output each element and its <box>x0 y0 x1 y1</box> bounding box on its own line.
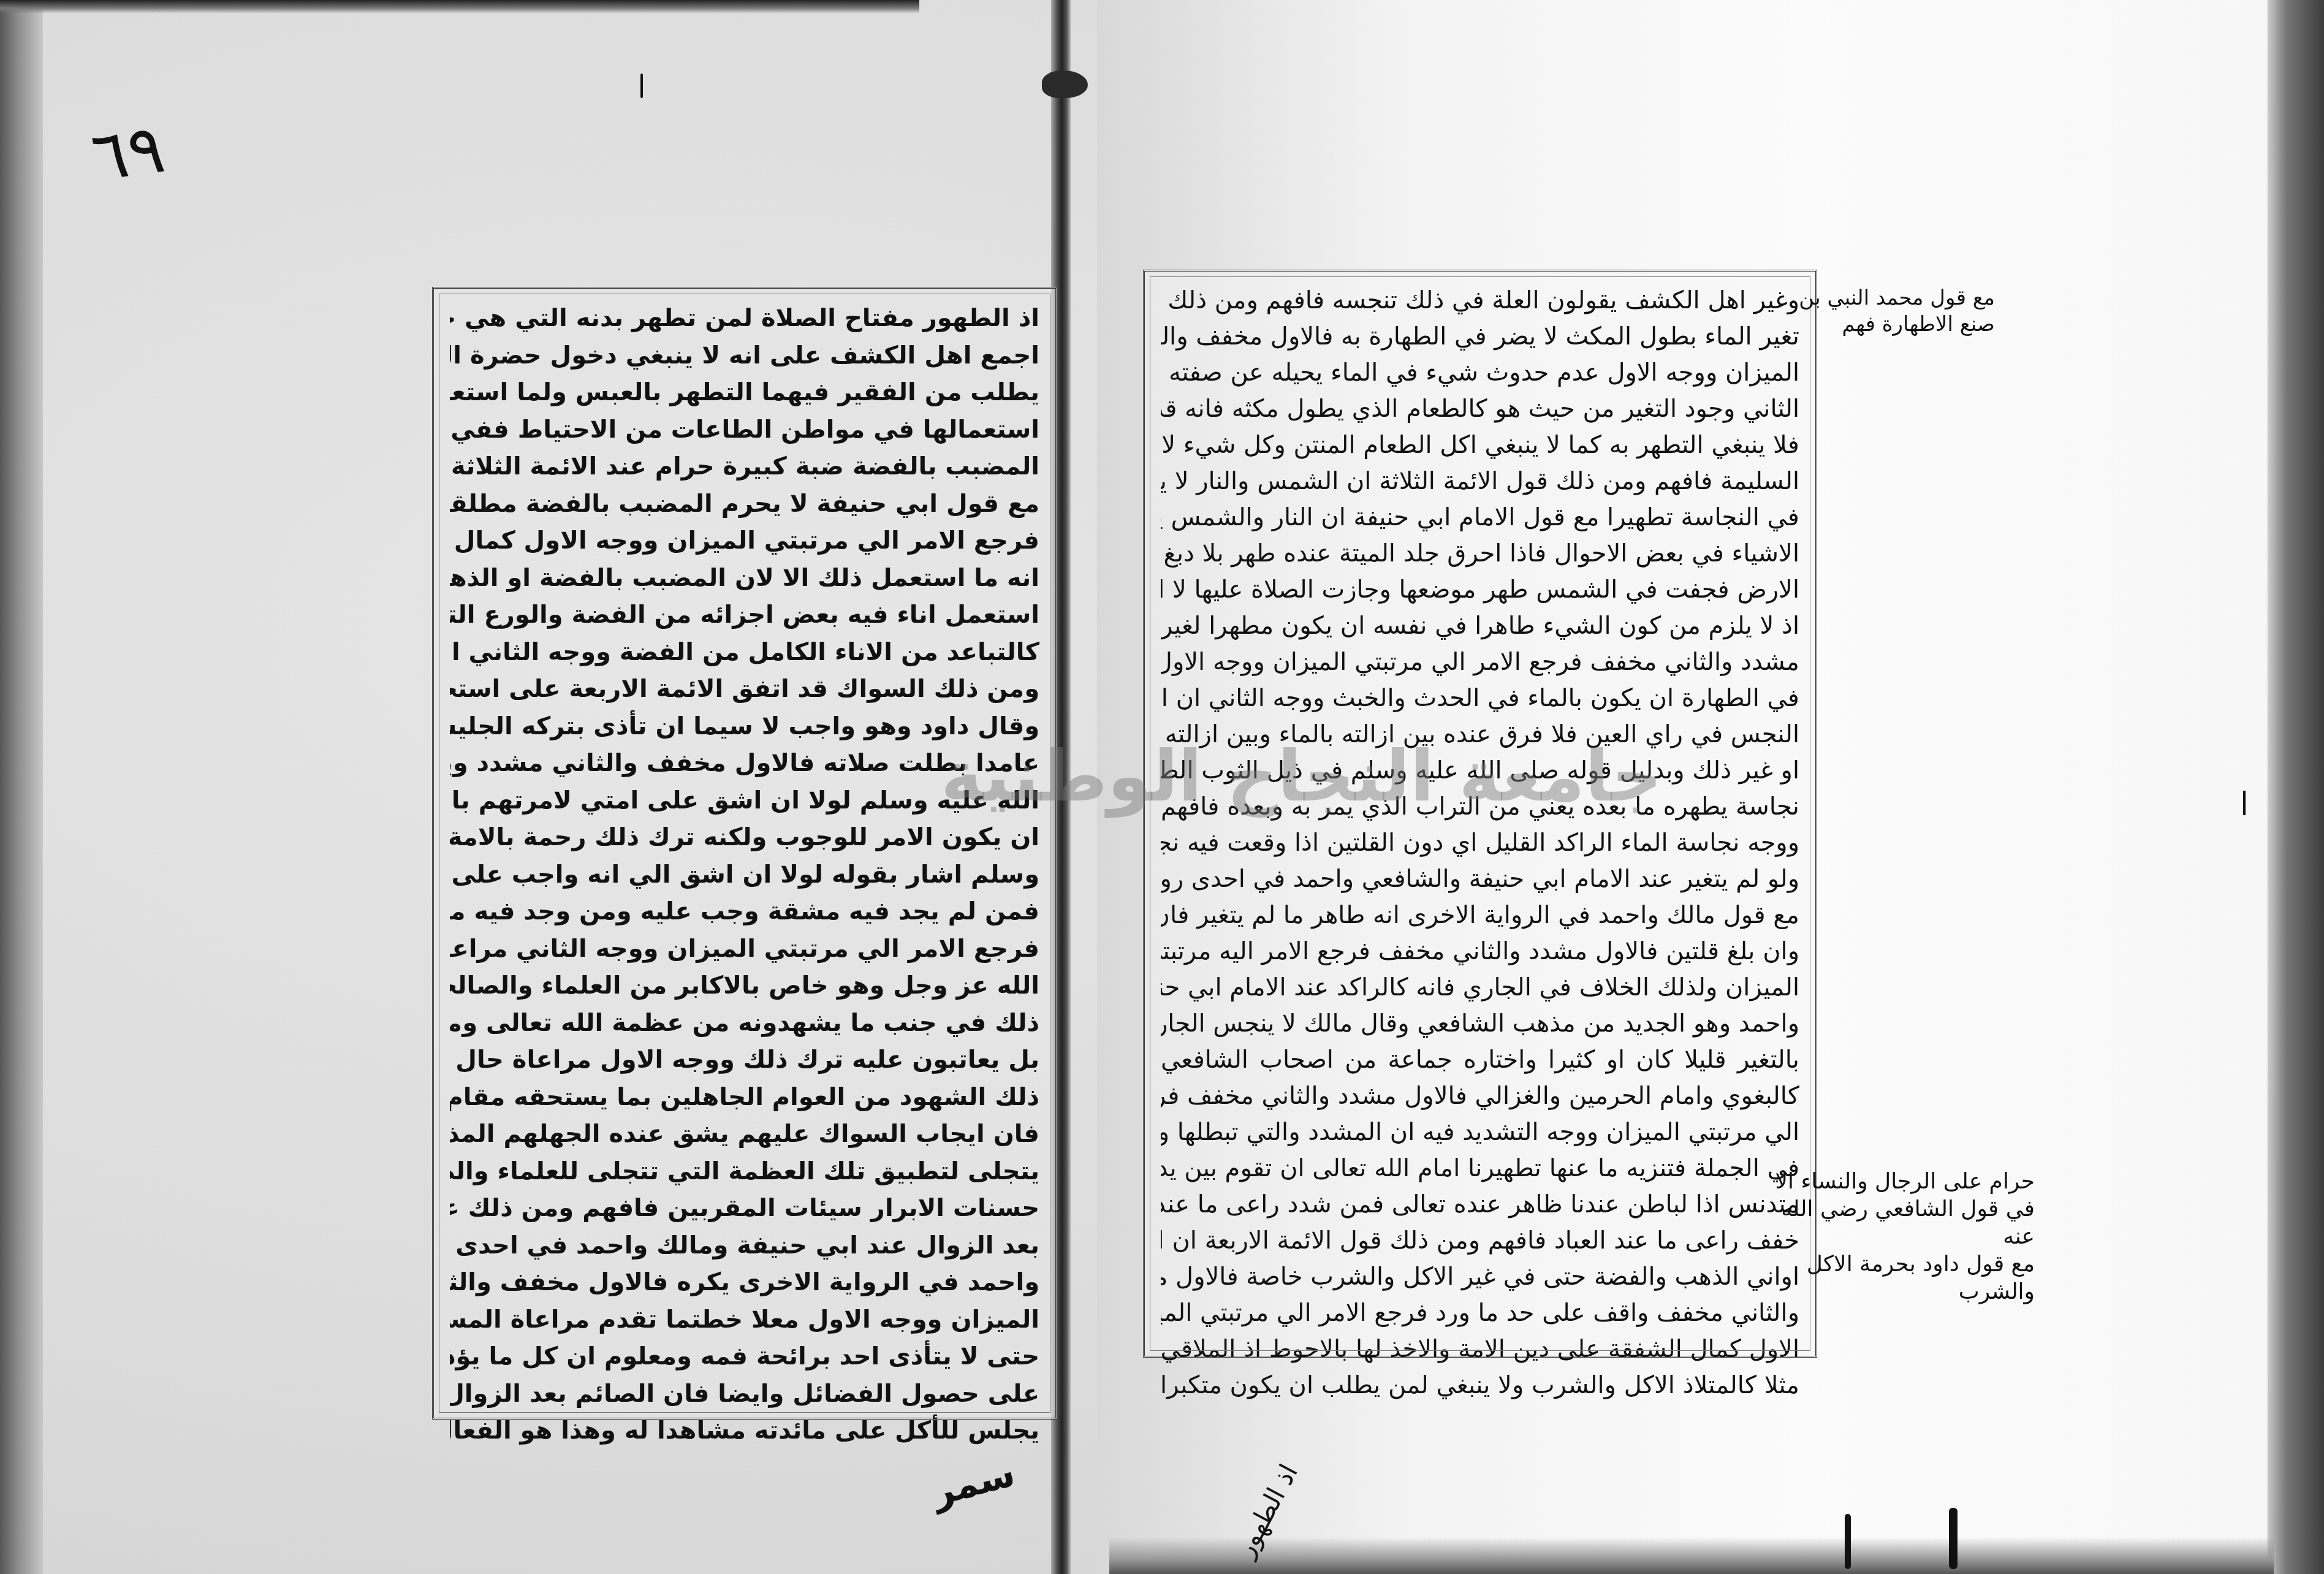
text-line: واحمد وهو الجديد من مذهب الشافعي وقال ما… <box>1161 1006 1799 1042</box>
text-line: اجمع اهل الكشف على انه لا ينبغي دخول حضر… <box>450 337 1039 374</box>
left-page-text-block: اذ الطهور مفتاح الصلاة لمن تطهر بدنه الت… <box>432 287 1057 1420</box>
text-line: الي مرتبتي الميزان ووجه التشديد فيه ان ا… <box>1161 1114 1799 1150</box>
margin-note-line: حرام على الرجال والنساء الا <box>1753 1168 2035 1195</box>
margin-note-line: صنع الاطهارة فهم <box>1793 311 1995 338</box>
text-line: في الطهارة ان يكون بالماء في الحدث والخب… <box>1161 680 1799 717</box>
text-line: الاول كمال الشفقة على دين الامة والاخذ ل… <box>1161 1331 1799 1367</box>
text-line: ولو لم يتغير عند الامام ابي حنيفة والشاف… <box>1161 861 1799 897</box>
margin-note-top: مع قول محمد النبي بن صنع الاطهارة فهم <box>1793 285 1995 337</box>
text-line: مثلا كالمتلاذ الاكل والشرب ولا ينبغي لمن… <box>1161 1367 1799 1404</box>
text-line: فان ايجاب السواك عليهم يشق عنده الجهلهم … <box>450 1116 1039 1153</box>
scan-edge-right <box>2266 0 2324 1574</box>
text-line: تغير الماء بطول المكث لا يضر في الطهارة … <box>1161 319 1799 355</box>
text-line: الميزان ووجه الاول عدم حدوث شيء في الماء… <box>1161 355 1799 391</box>
margin-note-bottom: حرام على الرجال والنساء الا في قول الشاف… <box>1753 1168 2035 1306</box>
text-line: بالتغير قليلا كان او كثيرا واختاره جماعة… <box>1161 1042 1799 1078</box>
text-line: على حصول الفضائل وايضا فان الصائم بعد ال… <box>450 1375 1039 1413</box>
text-line: فلا ينبغي التطهر به كما لا ينبغي اكل الط… <box>1161 427 1799 463</box>
text-line: مع قول ابي حنيفة لا يحرم المضبب بالفضة م… <box>450 485 1039 523</box>
text-line: حسنات الابرار سيئات المقربين فافهم ومن ذ… <box>450 1190 1039 1227</box>
text-line: استعمل اناء فيه بعض اجزائه من الفضة والو… <box>450 596 1039 634</box>
text-line: يطلب من الفقير فيهما التطهر بالعبس ولما … <box>450 374 1039 411</box>
stray-mark <box>2243 791 2246 815</box>
text-line: ذلك في جنب ما يشهدونه من عظمة الله تعالى… <box>450 1005 1039 1042</box>
ink-blot <box>1042 70 1088 98</box>
text-line: خفف راعى ما عند العباد فافهم ومن ذلك قول… <box>1161 1223 1799 1259</box>
text-line: متدنس اذا لباطن عندنا ظاهر عنده تعالى فم… <box>1161 1187 1799 1223</box>
text-line: حتى لا يتأذى احد برائحة فمه ومعلوم ان كل… <box>450 1338 1039 1375</box>
text-line: مع قول مالك واحمد في الرواية الاخرى انه … <box>1161 897 1799 933</box>
stray-mark <box>1845 1514 1851 1569</box>
margin-note-line: في قول الشافعي رضي الله عنه <box>1753 1195 2035 1250</box>
text-line: الله عز وجل وهو خاص بالاكابر من العلماء … <box>450 967 1039 1005</box>
text-line: استعمالها في مواطن الطاعات من الاحتياط ف… <box>450 411 1039 449</box>
margin-note-line: مع قول محمد النبي بن <box>1793 285 1995 311</box>
stray-mark <box>1949 1508 1958 1569</box>
text-line: والثاني مخفف واقف على حد ما ورد فرجع الا… <box>1161 1295 1799 1331</box>
text-line: في النجاسة تطهيرا مع قول الامام ابي حنيف… <box>1161 500 1799 536</box>
text-line: فرجع الامر الي مرتبتي الميزان ووجه الثان… <box>450 930 1039 968</box>
text-line: الاشياء في بعض الاحوال فاذا احرق جلد الم… <box>1161 536 1799 572</box>
text-line: اواني الذهب والفضة حتى في غير الاكل والش… <box>1161 1259 1799 1295</box>
text-line: الميزان ولذلك الخلاف في الجاري فانه كالر… <box>1161 970 1799 1006</box>
text-line: في الجملة فتنزيه ما عنها تطهيرنا امام ال… <box>1161 1150 1799 1187</box>
stray-mark <box>640 74 643 98</box>
text-line: مشدد والثاني مخفف فرجع الامر الي مرتبتي … <box>1161 644 1799 680</box>
text-line: انه ما استعمل ذلك الا لان المضبب بالفضة … <box>450 560 1039 597</box>
margin-note-line: مع قول داود بحرمة الاكل والشرب <box>1753 1250 2035 1306</box>
text-line: اذ الطهور مفتاح الصلاة لمن تطهر بدنه الت… <box>450 300 1039 337</box>
text-line: واحمد في الرواية الاخرى يكره فالاول مخفف… <box>450 1264 1039 1301</box>
text-line: كالبغوي وامام الحرمين والغزالي فالاول مش… <box>1161 1078 1799 1114</box>
text-line: يتجلى لتطبيق تلك العظمة التي تتجلى للعلم… <box>450 1153 1039 1190</box>
scan-edge-bottom <box>1109 1537 2274 1574</box>
text-line: يجلس للأكل على مائدته مشاهدا له وهذا هو … <box>450 1412 1039 1450</box>
scan-edge-left <box>0 0 43 1574</box>
text-line: وغير اهل الكشف يقولون العلة في ذلك تنجسه… <box>1161 283 1799 319</box>
text-line: بعد الزوال عند ابي حنيفة ومالك واحمد في … <box>450 1227 1039 1264</box>
text-line: فرجع الامر الي مرتبتي الميزان ووجه الاول… <box>450 522 1039 560</box>
scan-edge-top <box>0 0 919 13</box>
text-line: اذ لا يلزم من كون الشيء طاهرا في نفسه ان… <box>1161 608 1799 644</box>
text-line: ومن ذلك السواك قد اتفق الائمة الاربعة عل… <box>450 671 1039 708</box>
text-line: الارض فجفت في الشمس طهر موضعها وجازت الص… <box>1161 572 1799 608</box>
text-line: ووجه نجاسة الماء الراكد القليل اي دون ال… <box>1161 825 1799 861</box>
text-line: ان يكون الامر للوجوب ولكنه ترك ذلك رحمة … <box>450 819 1039 856</box>
folio-number: ٦٩ <box>87 108 170 196</box>
text-line: بل يعاتبون عليه ترك ذلك ووجه الاول مراعا… <box>450 1041 1039 1079</box>
text-line: وسلم اشار بقوله لولا ان اشق الي انه واجب… <box>450 856 1039 894</box>
text-line: كالتباعد من الاناء الكامل من الفضة ووجه … <box>450 634 1039 671</box>
text-line: وان بلغ قلتين فالاول مشدد والثاني مخفف ف… <box>1161 933 1799 970</box>
text-line: فمن لم يجد فيه مشقة وجب عليه ومن وجد فيه… <box>450 893 1039 930</box>
text-line: ذلك الشهود من العوام الجاهلين بما يستحقه… <box>450 1079 1039 1116</box>
text-line: السليمة فافهم ومن ذلك قول الائمة الثلاثة… <box>1161 463 1799 500</box>
library-watermark: جامعة النجاح الوطنية <box>941 736 1662 818</box>
text-line: المضبب بالفضة ضبة كبيرة حرام عند الائمة … <box>450 448 1039 485</box>
text-line: الميزان ووجه الاول معلا خطتما تقدم مراعا… <box>450 1301 1039 1339</box>
text-line: الثاني وجود التغير من حيث هو كالطعام الذ… <box>1161 391 1799 427</box>
